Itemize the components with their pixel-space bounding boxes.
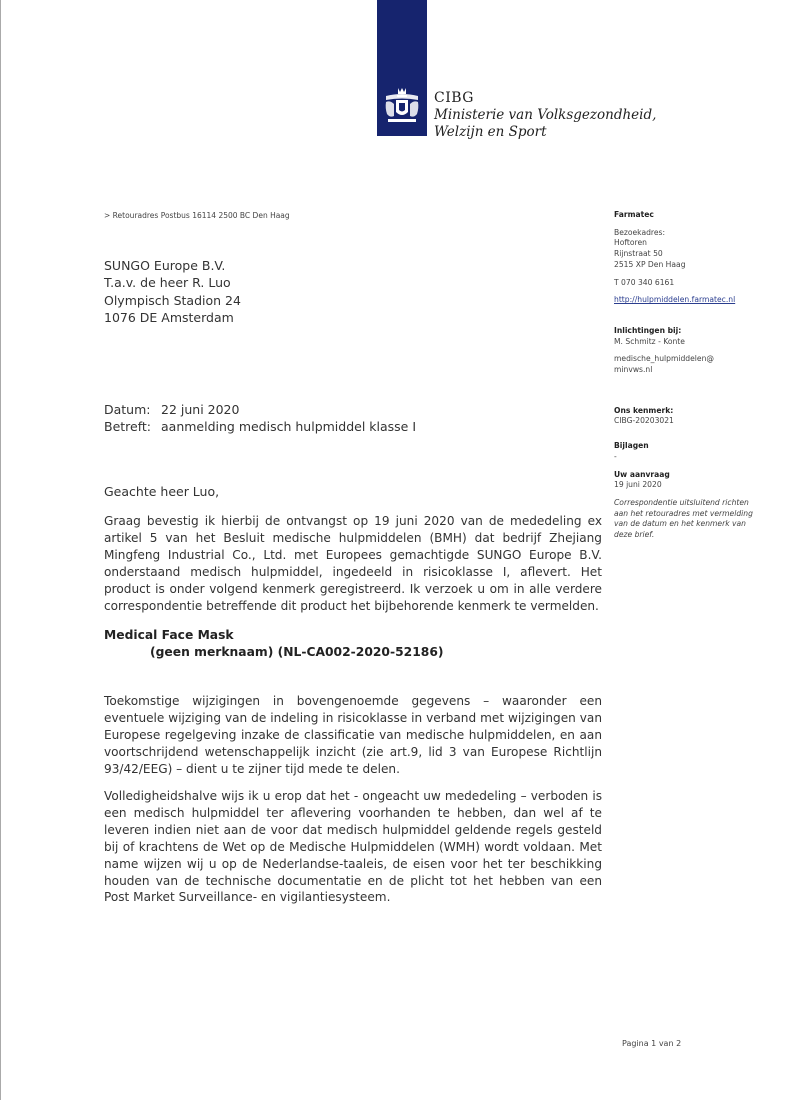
paragraph-future-changes: Toekomstige wijzigingen in bovengenoemde…: [104, 693, 602, 778]
letter-meta: Datum:22 juni 2020 Betreft:aanmelding me…: [104, 401, 416, 435]
info-label: Inlichtingen bij:: [614, 326, 784, 337]
url-block: http://hulpmiddelen.farmatec.nl: [614, 295, 784, 306]
visit-line: Rijnstraat 50: [614, 249, 784, 260]
visit-label: Bezoekadres:: [614, 228, 784, 239]
date-value: 22 juni 2020: [161, 402, 239, 417]
correspondence-note: Correspondentie uitsluitend richten aan …: [614, 498, 759, 541]
ministry-name-line1: Ministerie van Volksgezondheid,: [434, 107, 656, 124]
reference-value: CIBG-20203021: [614, 416, 784, 427]
subject-row: Betreft:aanmelding medisch hulpmiddel kl…: [104, 418, 416, 435]
sidebar-org-block: Farmatec: [614, 210, 784, 221]
info-name: M. Schmitz - Konte: [614, 337, 784, 348]
organization-block: CIBG Ministerie van Volksgezondheid, Wel…: [434, 90, 656, 141]
visit-line: Hoftoren: [614, 238, 784, 249]
reference-block: Ons kenmerk: CIBG-20203021: [614, 406, 784, 427]
request-block: Uw aanvraag 19 juni 2020: [614, 470, 784, 491]
date-row: Datum:22 juni 2020: [104, 401, 416, 418]
request-label: Uw aanvraag: [614, 470, 784, 481]
recipient-address: SUNGO Europe B.V. T.a.v. de heer R. Luo …: [104, 257, 241, 326]
visit-line: 2515 XP Den Haag: [614, 260, 784, 271]
product-name: Medical Face Mask: [104, 627, 444, 644]
coat-of-arms-icon: [382, 86, 422, 128]
ministry-name-line2: Welzijn en Sport: [434, 124, 656, 141]
org-abbreviation: CIBG: [434, 90, 656, 107]
attachments-label: Bijlagen: [614, 441, 784, 452]
request-value: 19 juni 2020: [614, 480, 784, 491]
email-block: medische_hulpmiddelen@ minvws.nl: [614, 354, 784, 375]
paragraph-confirmation: Graag bevestig ik hierbij de ontvangst o…: [104, 513, 602, 614]
sidebar-org-name: Farmatec: [614, 210, 784, 221]
website-link[interactable]: http://hulpmiddelen.farmatec.nl: [614, 295, 735, 304]
product-block: Medical Face Mask (geen merknaam) (NL-CA…: [104, 627, 444, 661]
recipient-line: 1076 DE Amsterdam: [104, 309, 241, 326]
subject-value: aanmelding medisch hulpmiddel klasse I: [161, 419, 416, 434]
visit-address-block: Bezoekadres: Hoftoren Rijnstraat 50 2515…: [614, 228, 784, 271]
subject-label: Betreft:: [104, 418, 161, 435]
salutation: Geachte heer Luo,: [104, 484, 219, 499]
page-number: Pagina 1 van 2: [622, 1039, 681, 1048]
attachments-block: Bijlagen -: [614, 441, 784, 462]
return-address: > Retouradres Postbus 16114 2500 BC Den …: [104, 211, 290, 220]
recipient-line: T.a.v. de heer R. Luo: [104, 274, 241, 291]
email-line1: medische_hulpmiddelen@: [614, 354, 784, 365]
sender-sidebar: Farmatec Bezoekadres: Hoftoren Rijnstraa…: [614, 210, 784, 548]
date-label: Datum:: [104, 401, 161, 418]
attachments-value: -: [614, 452, 784, 463]
phone: T 070 340 6161: [614, 278, 784, 289]
paragraph-compliance: Volledigheidshalve wijs ik u erop dat he…: [104, 788, 602, 906]
product-code: (geen merknaam) (NL-CA002-2020-52186): [104, 644, 444, 661]
reference-label: Ons kenmerk:: [614, 406, 784, 417]
recipient-line: Olympisch Stadion 24: [104, 292, 241, 309]
email-line2: minvws.nl: [614, 365, 784, 376]
contact-block: Inlichtingen bij: M. Schmitz - Konte: [614, 326, 784, 347]
recipient-line: SUNGO Europe B.V.: [104, 257, 241, 274]
